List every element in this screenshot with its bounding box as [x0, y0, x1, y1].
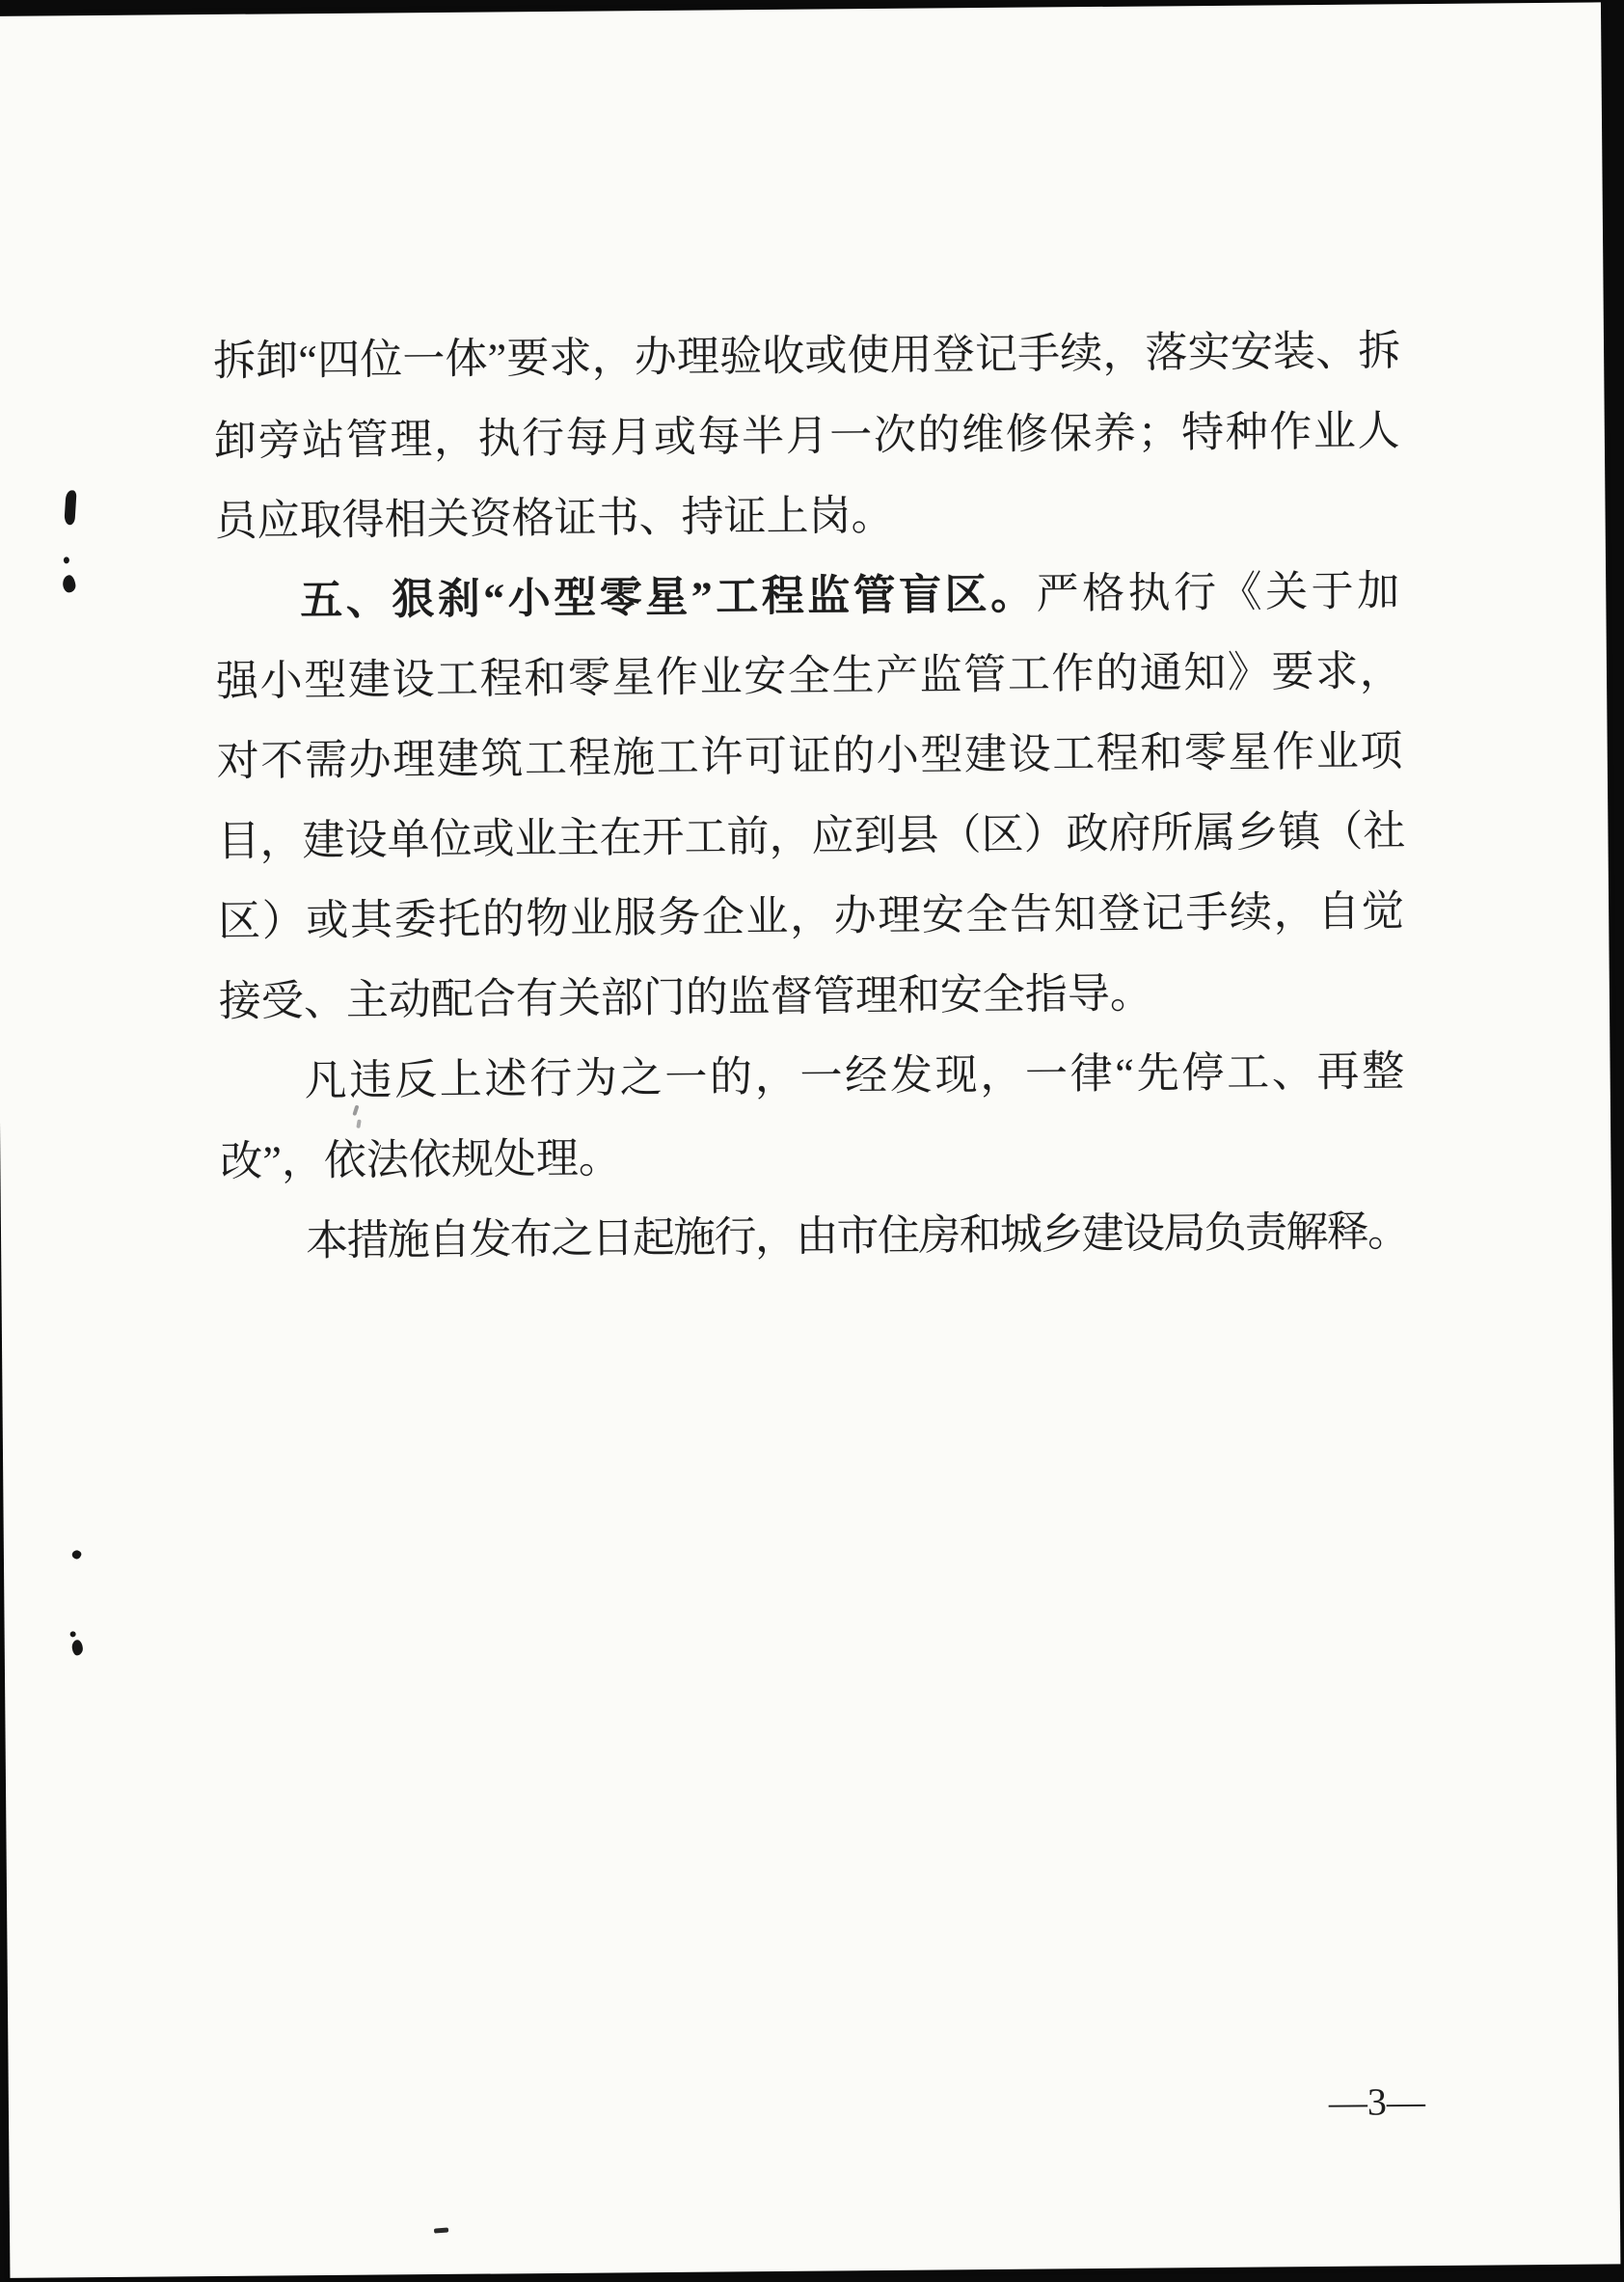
line-text: 卸旁站管理，执行每月或每半月一次的维修保养；特种作业人: [214, 407, 1402, 465]
line-text: 本措施自发布之日起施行，由市住房和城乡建设局负责解释。: [306, 1208, 1409, 1264]
text-line-content: 区）或其委托的物业服务企业，办理安全告知登记手续，自觉: [218, 871, 1406, 962]
line-text: 强小型建设工程和零星作业安全生产监管工作的通知》要求，: [216, 647, 1404, 705]
text-line: 改”，依法依规处理。: [220, 1111, 1409, 1202]
page-number: —3—: [1281, 2078, 1474, 2127]
text-line: 区）或其委托的物业服务企业，办理安全告知登记手续，自觉: [218, 871, 1407, 962]
text-line: 拆卸“四位一体”要求，办理验收或使用登记手续，落实安装、拆: [213, 311, 1402, 401]
text-line-content: 五、狠刹“小型零星”工程监管盲区。严格执行《关于加: [300, 551, 1403, 640]
line-text: 目，建设单位或业主在开工前，应到县（区）政府所属乡镇（社: [217, 807, 1405, 865]
text-line-content: 员应取得相关资格证书、持证上岗。: [214, 475, 894, 561]
scanner-background: 拆卸“四位一体”要求，办理验收或使用登记手续，落实安装、拆卸旁站管理，执行每月或…: [0, 0, 1624, 2282]
line-text: 员应取得相关资格证书、持证上岗。: [214, 492, 893, 545]
line-text: 严格执行《关于加: [1036, 567, 1402, 617]
text-line-content: 卸旁站管理，执行每月或每半月一次的维修保养；特种作业人: [213, 391, 1401, 481]
document-page: 拆卸“四位一体”要求，办理验收或使用登记手续，落实安装、拆卸旁站管理，执行每月或…: [0, 2, 1620, 2277]
text-line: 卸旁站管理，执行每月或每半月一次的维修保养；特种作业人: [213, 391, 1402, 481]
ink-mark: [64, 490, 76, 526]
line-text: 拆卸“四位一体”要求，办理验收或使用登记手续，落实安装、拆: [213, 327, 1401, 385]
text-line: 对不需办理建筑工程施工许可证的小型建设工程和零星作业项: [216, 711, 1405, 801]
ink-mark: [71, 1640, 84, 1656]
ink-mark: [64, 557, 69, 563]
text-line-content: 对不需办理建筑工程施工许可证的小型建设工程和零星作业项: [216, 711, 1404, 801]
text-line: 员应取得相关资格证书、持证上岗。: [214, 471, 1403, 561]
line-text: 区）或其委托的物业服务企业，办理安全告知登记手续，自觉: [218, 887, 1406, 945]
text-line: 凡违反上述行为之一的，一经发现，一律“先停工、再整: [219, 1031, 1408, 1122]
line-text: 凡违反上述行为之一的，一经发现，一律“先停工、再整: [304, 1047, 1407, 1104]
text-line-content: 强小型建设工程和零星作业安全生产监管工作的通知》要求，: [216, 631, 1404, 721]
ink-mark: [70, 1631, 76, 1637]
line-text: 对不需办理建筑工程施工许可证的小型建设工程和零星作业项: [217, 727, 1405, 785]
line-text: 改”，依法依规处理。: [220, 1134, 621, 1185]
text-line-content: 拆卸“四位一体”要求，办理验收或使用登记手续，落实安装、拆: [213, 311, 1401, 401]
text-line: 接受、主动配合有关部门的监督管理和安全指导。: [219, 951, 1408, 1042]
line-text: 接受、主动配合有关部门的监督管理和安全指导。: [219, 970, 1152, 1025]
heading-bold-text: 五、狠刹“小型零星”工程监管盲区。: [300, 571, 1037, 625]
ink-mark: [434, 2227, 448, 2233]
document-body: 拆卸“四位一体”要求，办理验收或使用登记手续，落实安装、拆卸旁站管理，执行每月或…: [213, 311, 1410, 1282]
text-line-content: 本措施自发布之日起施行，由市住房和城乡建设局负责解释。: [306, 1191, 1409, 1281]
text-line: 本措施自发布之日起施行，由市住房和城乡建设局负责解释。: [221, 1191, 1410, 1282]
text-line-content: 改”，依法依规处理。: [220, 1118, 621, 1202]
text-line-content: 凡违反上述行为之一的，一经发现，一律“先停工、再整: [304, 1031, 1407, 1121]
text-line: 目，建设单位或业主在开工前，应到县（区）政府所属乡镇（社: [217, 791, 1406, 882]
text-line-content: 目，建设单位或业主在开工前，应到县（区）政府所属乡镇（社: [217, 791, 1406, 882]
text-line: 五、狠刹“小型零星”工程监管盲区。严格执行《关于加: [215, 551, 1404, 641]
text-line-content: 接受、主动配合有关部门的监督管理和安全指导。: [219, 954, 1153, 1042]
text-line: 强小型建设工程和零星作业安全生产监管工作的通知》要求，: [216, 631, 1405, 721]
ink-mark: [62, 574, 77, 593]
ink-mark: [70, 1549, 82, 1561]
